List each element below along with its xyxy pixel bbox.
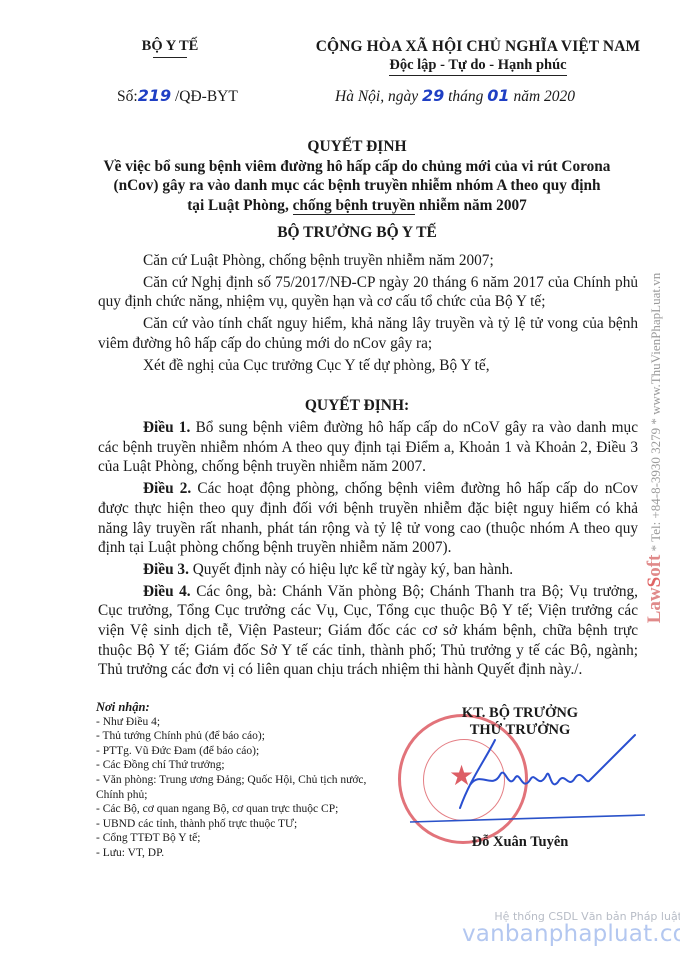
preamble-item: Căn cứ vào tính chất nguy hiểm, khả năng… (98, 314, 638, 353)
issue-date: Hà Nội, ngày 29 tháng 01 năm 2020 (335, 86, 575, 106)
article-1: Điều 1. Bổ sung bệnh viêm đường hô hấp c… (98, 418, 638, 477)
subject-line-3: tại Luật Phòng, chống bệnh truyền nhiễm … (72, 196, 642, 216)
agency-name: BỘ Y TẾ (110, 38, 230, 55)
agency-underline (153, 57, 187, 58)
recipient-item: - Các Bộ, cơ quan ngang Bộ, cơ quan trực… (96, 802, 396, 817)
signer-name: Đỗ Xuân Tuyên (430, 834, 610, 851)
recipient-item: - PTTg. Vũ Đức Đam (để báo cáo); (96, 744, 396, 759)
recipient-item: - Cổng TTĐT Bộ Y tế; (96, 831, 396, 846)
watermark-info: * Tel: +84-8-3930 3279 * www.ThuVienPhap… (648, 272, 663, 554)
date-prefix: Hà Nội, ngày (335, 88, 422, 105)
recipient-item: - UBND các tỉnh, thành phố trực thuộc TƯ… (96, 817, 396, 832)
recipients-heading: Nơi nhận: (96, 700, 396, 715)
document-title: QUYẾT ĐỊNH Về việc bổ sung bệnh viêm đườ… (72, 137, 642, 215)
national-header: CỘNG HÒA XÃ HỘI CHỦ NGHĨA VIỆT NAM Độc l… (268, 38, 680, 76)
decision-heading: QUYẾT ĐỊNH: (72, 397, 642, 415)
preamble-item: Căn cứ Luật Phòng, chống bệnh truyền nhi… (98, 251, 638, 271)
handwritten-signature-icon (400, 730, 650, 830)
article-3: Điều 3. Quyết định này có hiệu lực kể từ… (98, 560, 638, 580)
recipient-item: - Thủ tướng Chính phủ (để báo cáo); (96, 729, 396, 744)
subject-underline: chống bệnh truyền (293, 197, 415, 215)
recipient-item: - Như Điều 4; (96, 715, 396, 730)
number-prefix: Số: (117, 88, 138, 105)
recipient-item: - Các Đồng chí Thứ trưởng; (96, 758, 396, 773)
recipient-item: - Văn phòng: Trung ương Đảng; Quốc Hội, … (96, 773, 396, 802)
date-month-label: tháng (444, 88, 487, 105)
issuing-agency: BỘ Y TẾ (110, 38, 230, 58)
number-handwritten: 219 (138, 86, 171, 105)
preamble-item: Căn cứ Nghị định số 75/2017/NĐ-CP ngày 2… (98, 273, 638, 312)
article-4: Điều 4. Các ông, bà: Chánh Văn phòng Bộ;… (98, 582, 638, 681)
article-2: Điều 2. Các hoạt động phòng, chống bệnh … (98, 479, 638, 558)
signatory-line-1: KT. BỘ TRƯỞNG (430, 705, 610, 722)
date-month: 01 (487, 86, 509, 105)
preamble: Căn cứ Luật Phòng, chống bệnh truyền nhi… (98, 251, 638, 375)
number-suffix: /QĐ-BYT (171, 88, 238, 105)
title-heading: QUYẾT ĐỊNH (72, 137, 642, 157)
recipients-list: Nơi nhận: - Như Điều 4; - Thủ tướng Chín… (96, 700, 396, 861)
date-day: 29 (422, 86, 444, 105)
authority-heading: BỘ TRƯỞNG BỘ Y TẾ (72, 224, 642, 242)
preamble-item: Xét đề nghị của Cục trưởng Cục Y tế dự p… (98, 356, 638, 376)
country-name: CỘNG HÒA XÃ HỘI CHỦ NGHĨA VIỆT NAM (268, 38, 680, 56)
national-motto: Độc lập - Tự do - Hạnh phúc (389, 57, 566, 76)
watermark-brand: LawSoft (644, 554, 665, 623)
document-number: Số:219 /QĐ-BYT (117, 86, 238, 106)
subject-line-1: Về việc bổ sung bệnh viêm đường hô hấp c… (72, 157, 642, 177)
footer-watermark: Hệ thống CSDL Văn bản Pháp luật vanbanph… (462, 910, 680, 947)
date-year: năm 2020 (510, 88, 575, 105)
footer-watermark-line-2: vanbanphapluat.co (462, 921, 680, 947)
subject-line-2: (nCov) gây ra vào danh mục các bệnh truy… (72, 176, 642, 196)
articles: Điều 1. Bổ sung bệnh viêm đường hô hấp c… (98, 418, 638, 680)
recipient-item: - Lưu: VT, DP. (96, 846, 396, 861)
side-watermark: LawSoft * Tel: +84-8-3930 3279 * www.Thu… (640, 225, 670, 670)
